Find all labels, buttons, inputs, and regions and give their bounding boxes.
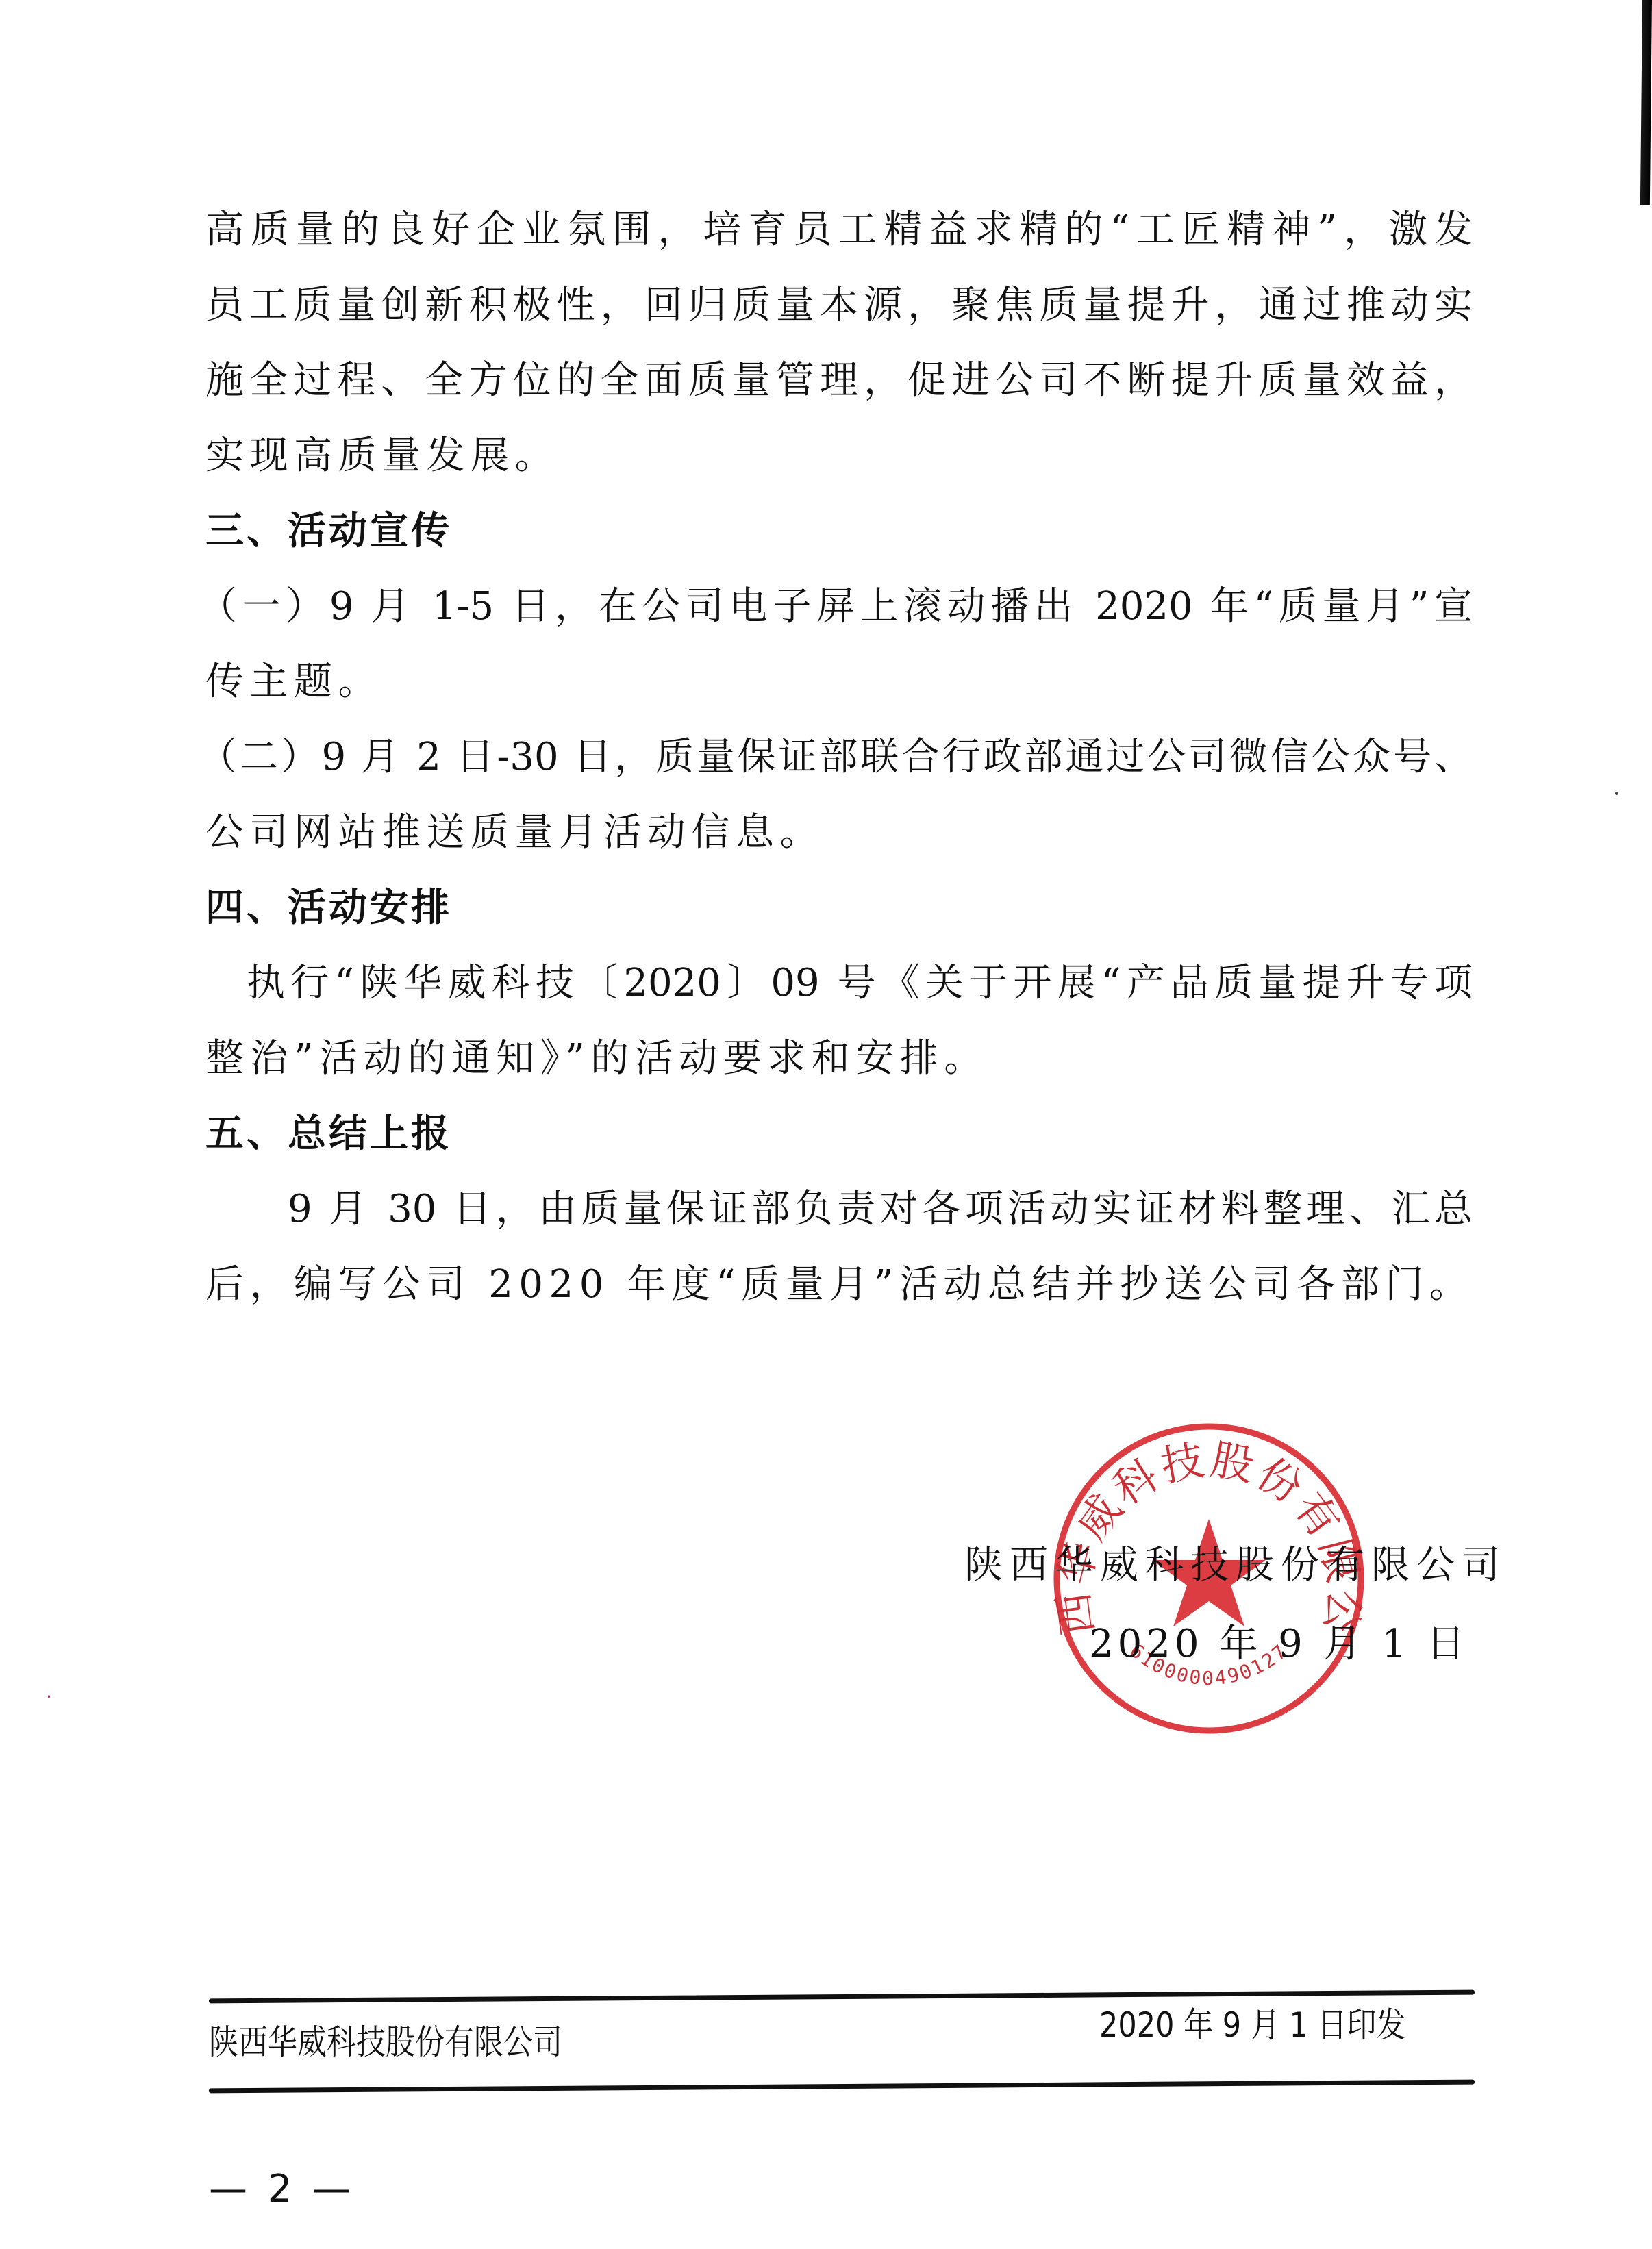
page-number: — 2 — (209, 2168, 355, 2211)
section-line: （二）9 月 2 日-30 日，质量保证部联合行政部通过公司微信公众号、 (199, 733, 1473, 782)
signature-company: 陕西华威科技股份有限公司 (964, 1541, 1507, 1590)
section-heading-arrangement: 四、活动安排 (205, 883, 1473, 933)
body-line: 员工质量创新积极性，回归质量本源，聚焦质量提升，通过推动实 (205, 281, 1473, 330)
section-line: （一）9 月 1-5 日，在公司电子屏上滚动播出 2020 年“质量月”宣 (199, 582, 1473, 631)
scan-speck (1615, 792, 1618, 795)
section-line: 9 月 30 日，由质量保证部负责对各项活动实证材料整理、汇总 (288, 1185, 1473, 1234)
section-line: 传主题。 (205, 657, 1473, 707)
section-line: 整治”活动的通知》”的活动要求和安排。 (205, 1034, 1473, 1083)
body-line: 高质量的良好企业氛围，培育员工精益求精的“工匠精神”，激发 (205, 205, 1473, 255)
section-heading-summary: 五、总结上报 (205, 1109, 1473, 1159)
signature-date: 2020 年 9 月 1 日 (1089, 1620, 1469, 1669)
section-line: 公司网站推送质量月活动信息。 (205, 808, 1473, 857)
footer-issue-date: 2020 年 9 月 1 日印发 (1099, 2003, 1405, 2047)
body-line: 实现高质量发展。 (205, 431, 1473, 481)
section-heading-publicity: 三、活动宣传 (205, 507, 1473, 556)
footer-bottom-rule (209, 2080, 1475, 2094)
scan-page-edge (1640, 0, 1652, 205)
footer-issuer: 陕西华威科技股份有限公司 (209, 2020, 562, 2064)
section-line: 执行“陕华威科技〔2020〕09 号《关于开展“产品质量提升专项 (247, 959, 1473, 1008)
scan-speck (48, 1695, 50, 1698)
footer-top-rule (209, 1990, 1475, 2004)
section-line: 后，编写公司 2020 年度“质量月”活动总结并抄送公司各部门。 (205, 1260, 1473, 1309)
body-line: 施全过程、全方位的全面质量管理，促进公司不断提升质量效益， (205, 356, 1473, 405)
